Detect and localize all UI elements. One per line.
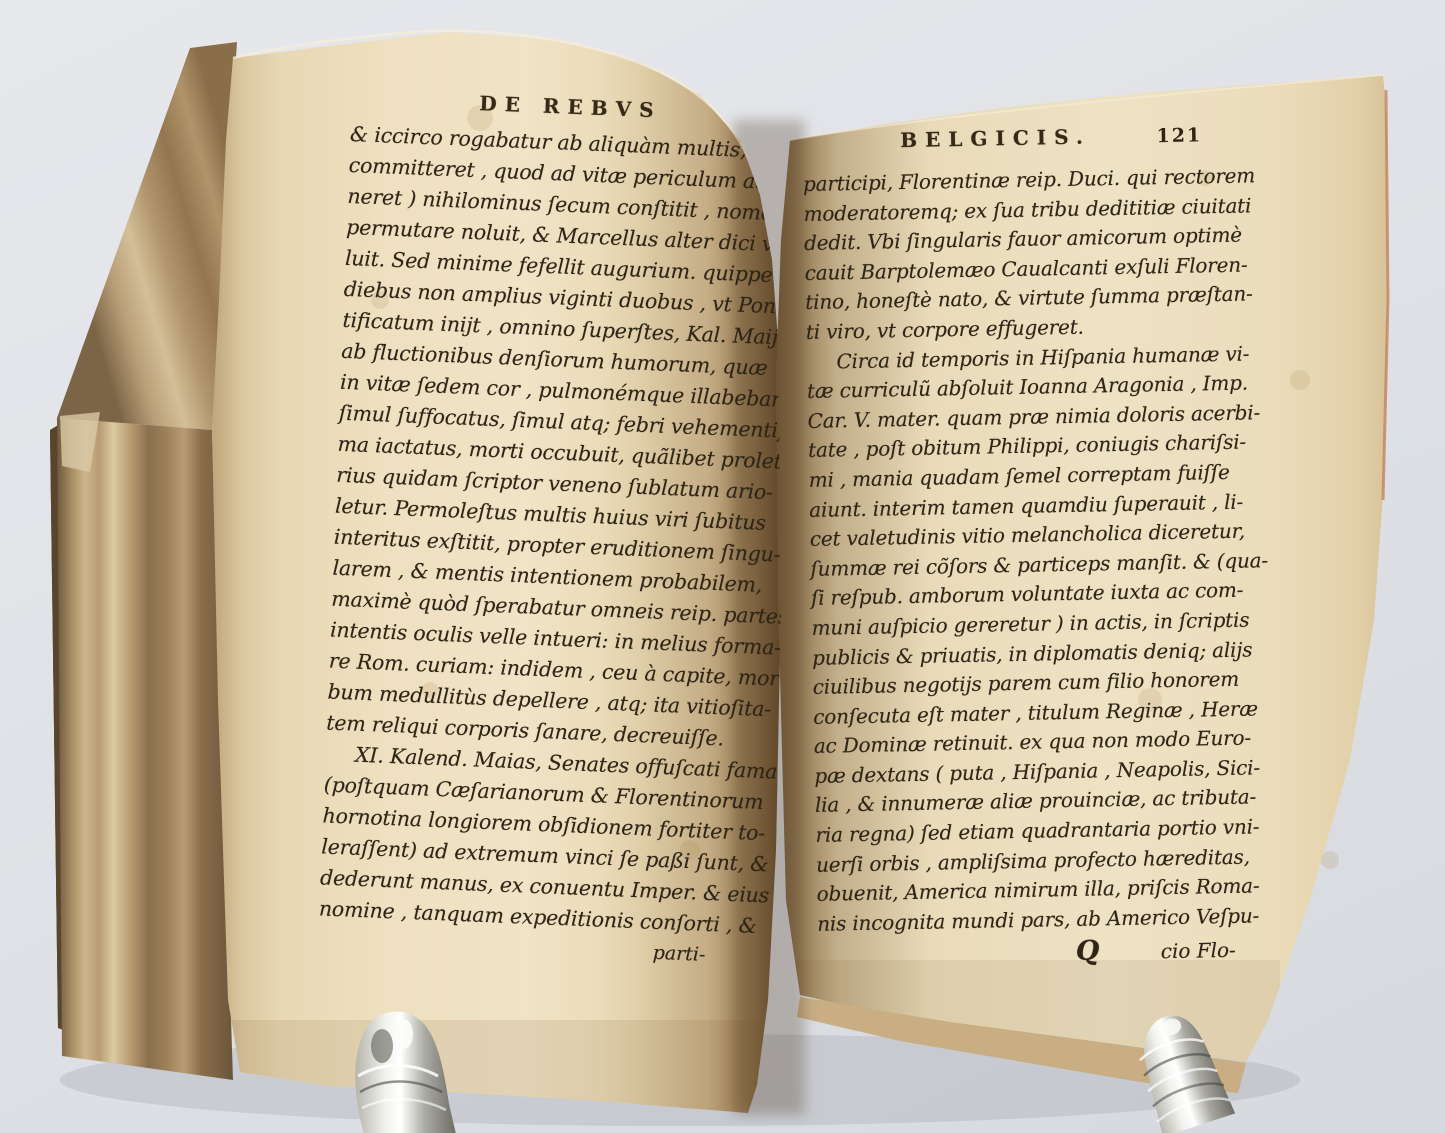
- right-page-text: BELGICIS. 121 participi, Florentinæ reip…: [802, 122, 1248, 973]
- page-number: 121: [1156, 124, 1202, 147]
- right-page-footer: Q cio Flo-: [818, 933, 1249, 972]
- page-block-upper: [57, 42, 237, 430]
- photo-scene: DE REBVS & iccirco rogabatur ab aliquàm …: [0, 0, 1445, 1133]
- left-page-text: DE REBVS & iccirco rogabatur ab aliquàm …: [317, 86, 754, 970]
- right-page-body: participi, Florentinæ reip. Duci. qui re…: [803, 162, 1248, 940]
- signature-mark: Q: [1076, 936, 1100, 967]
- page-block-lower: [57, 418, 233, 1080]
- left-page-body: & iccirco rogabatur ab aliquàm multis, n…: [317, 119, 752, 970]
- catchword-right: cio Flo-: [1161, 938, 1237, 963]
- running-header-right: BELGICIS.: [900, 124, 1091, 152]
